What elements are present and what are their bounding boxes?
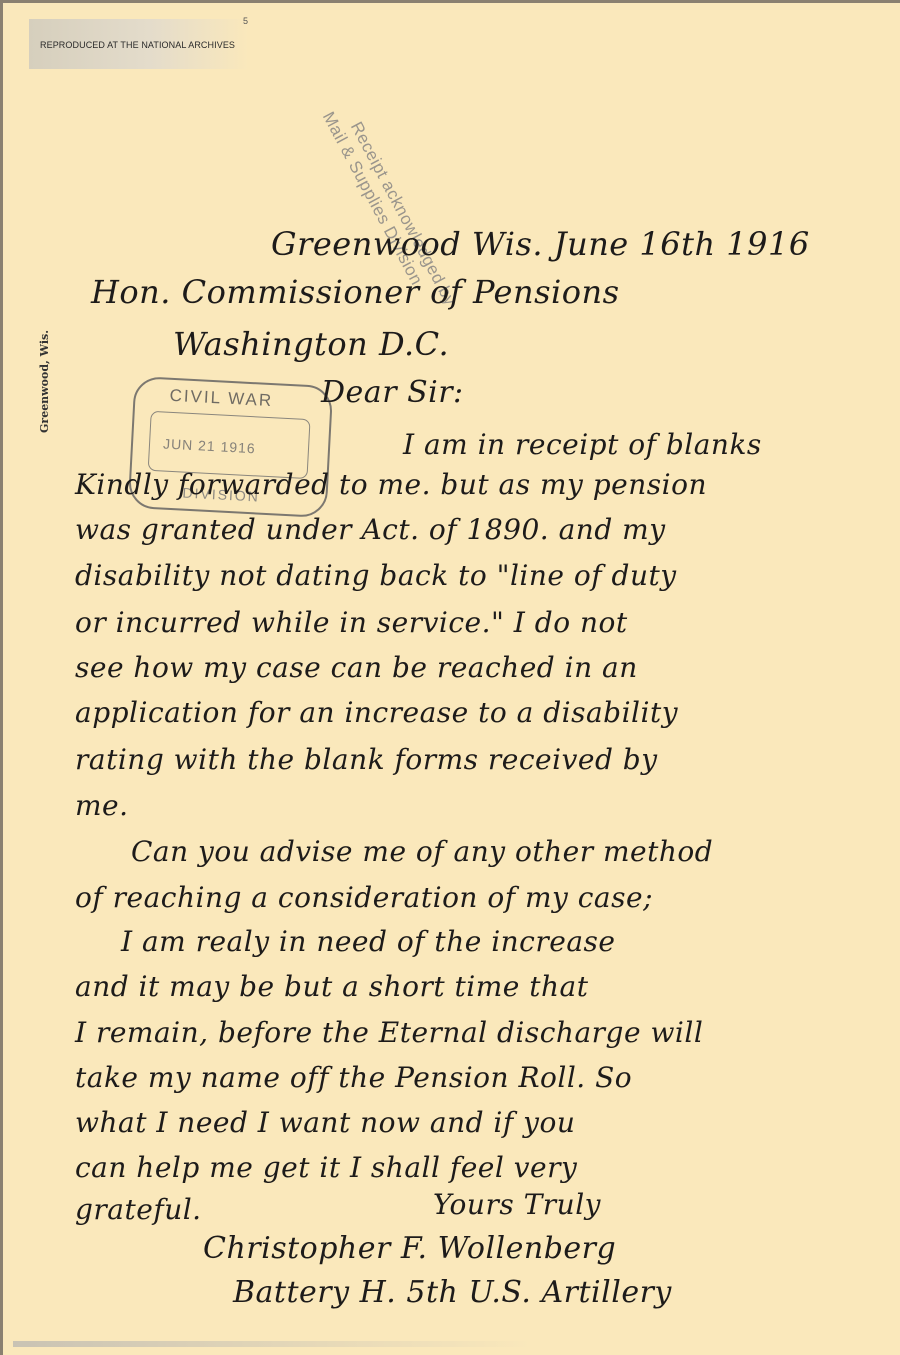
recipient-line-1: Hon. Commissioner of Pensions bbox=[91, 273, 620, 311]
body-line: disability not dating back to "line of d… bbox=[75, 559, 677, 592]
salutation: Dear Sir: bbox=[321, 375, 464, 410]
signature: Christopher F. Wollenberg bbox=[203, 1231, 616, 1266]
body-line: can help me get it I shall feel very bbox=[75, 1151, 577, 1184]
civil-war-stamp-title: CIVIL WAR bbox=[169, 386, 274, 411]
dateline: Greenwood Wis. June 16th 1916 bbox=[271, 225, 810, 263]
body-line: I remain, before the Eternal discharge w… bbox=[75, 1016, 703, 1049]
body-line: application for an increase to a disabil… bbox=[75, 696, 678, 729]
body-line: grateful. bbox=[75, 1193, 202, 1226]
body-line: take my name off the Pension Roll. So bbox=[75, 1061, 632, 1094]
body-line: see how my case can be reached in an bbox=[75, 651, 638, 684]
body-line: I am in receipt of blanks bbox=[403, 428, 762, 461]
body-line: or incurred while in service." I do not bbox=[75, 606, 628, 639]
body-line: Can you advise me of any other method bbox=[131, 835, 713, 868]
scan-edge-shadow bbox=[13, 1341, 533, 1347]
body-line: me. bbox=[75, 789, 129, 822]
corner-mark: 5 bbox=[243, 16, 248, 26]
pencil-annotation bbox=[653, 72, 753, 164]
unit-line: Battery H. 5th U.S. Artillery bbox=[233, 1275, 672, 1310]
margin-place-imprint: Greenwood, Wis. bbox=[38, 330, 51, 433]
closing: Yours Truly bbox=[433, 1188, 601, 1221]
body-line: and it may be but a short time that bbox=[75, 970, 588, 1003]
body-line: what I need I want now and if you bbox=[75, 1106, 575, 1139]
archive-label: REPRODUCED AT THE NATIONAL ARCHIVES bbox=[40, 40, 235, 50]
body-line: Kindly forwarded to me. but as my pensio… bbox=[75, 468, 707, 501]
body-line: was granted under Act. of 1890. and my bbox=[75, 513, 666, 546]
recipient-line-2: Washington D.C. bbox=[173, 325, 449, 363]
body-line: of reaching a consideration of my case; bbox=[75, 881, 653, 914]
body-line: I am realy in need of the increase bbox=[121, 925, 615, 958]
body-line: rating with the blank forms received by bbox=[75, 743, 658, 776]
letter-page: REPRODUCED AT THE NATIONAL ARCHIVES 5 Gr… bbox=[0, 0, 900, 1355]
